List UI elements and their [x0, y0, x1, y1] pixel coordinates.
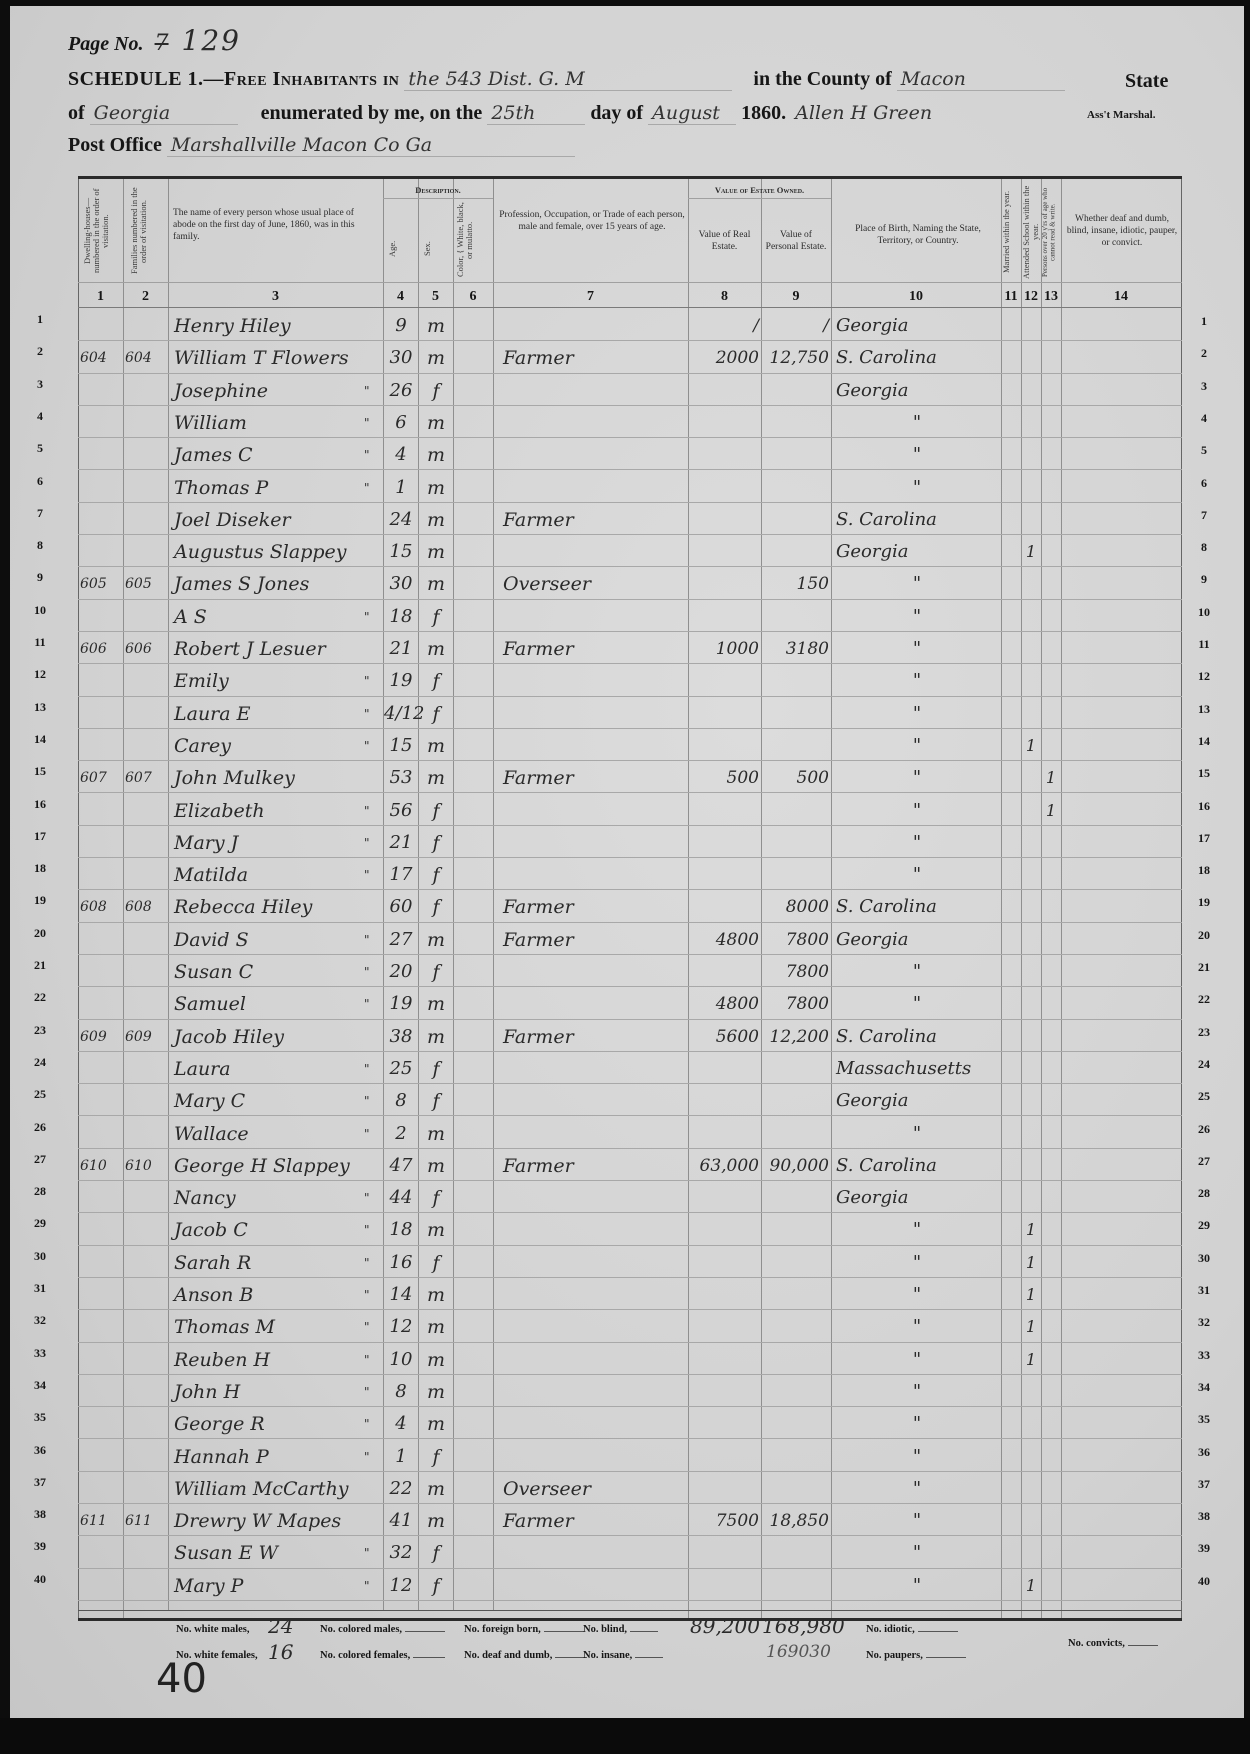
dwelling-number — [80, 957, 122, 987]
paupers-label: No. paupers, — [866, 1650, 966, 1661]
dwelling-number — [80, 1054, 122, 1084]
line-number-left: 18 — [30, 861, 50, 876]
married-mark — [1001, 892, 1021, 922]
occupation — [503, 828, 683, 858]
age: 41 — [384, 1506, 418, 1536]
dwelling-number — [80, 1086, 122, 1116]
illiterate-mark — [1041, 1248, 1061, 1278]
table-row: Jacob C"18m"1 — [78, 1213, 1182, 1245]
married-mark — [1001, 634, 1021, 664]
col-header-condition: Whether deaf and dumb, blind, insane, id… — [1066, 213, 1178, 249]
married-mark — [1001, 505, 1021, 535]
blind-label: No. blind, — [583, 1624, 658, 1635]
county-field: Macon — [897, 68, 1065, 91]
dwelling-number — [80, 1377, 122, 1407]
married-mark — [1001, 1377, 1021, 1407]
table-row: John H"8m" — [78, 1375, 1182, 1407]
line-number-right: 34 — [1192, 1380, 1216, 1395]
age: 32 — [384, 1538, 418, 1568]
family-number — [125, 473, 167, 503]
condition — [1064, 1280, 1178, 1310]
illiterate-mark — [1041, 343, 1061, 373]
sex: m — [419, 1506, 453, 1536]
occupation: Farmer — [503, 1151, 683, 1181]
table-row: David S"27mFarmer48007800Georgia — [78, 923, 1182, 955]
census-page: Page No. 7 129 SCHEDULE 1.—Free Inhabita… — [10, 6, 1244, 1746]
married-mark — [1001, 376, 1021, 406]
total-personal-estate-recalc: 169030 — [766, 1642, 831, 1662]
person-name: Wallace — [174, 1119, 364, 1149]
occupation — [503, 796, 683, 826]
personal-estate-value — [763, 537, 829, 567]
sex: f — [419, 666, 453, 696]
illiterate-mark — [1041, 1119, 1061, 1149]
birthplace: S. Carolina — [836, 1151, 998, 1181]
ditto-mark: " — [364, 1054, 380, 1084]
married-mark — [1001, 1119, 1021, 1149]
birthplace: " — [836, 989, 998, 1019]
sex: f — [419, 796, 453, 826]
real-estate-value — [690, 602, 759, 632]
family-number — [125, 828, 167, 858]
birthplace: " — [836, 1280, 998, 1310]
line-number-right: 24 — [1192, 1057, 1216, 1072]
married-mark — [1001, 666, 1021, 696]
birthplace: " — [836, 1312, 998, 1342]
table-row: Henry Hiley9m//Georgia — [78, 309, 1182, 341]
line-number-right: 2 — [1192, 346, 1216, 361]
occupation — [503, 408, 683, 438]
real-estate-value: 4800 — [690, 925, 759, 955]
occupation — [503, 1312, 683, 1342]
occupation — [503, 957, 683, 987]
illiterate-mark — [1041, 1022, 1061, 1052]
illiterate-mark — [1041, 1377, 1061, 1407]
school-mark: 1 — [1021, 537, 1041, 567]
table-row: William"6m" — [78, 406, 1182, 438]
table-row: Joel Diseker24mFarmerS. Carolina — [78, 503, 1182, 535]
dwelling-number — [80, 1345, 122, 1375]
age: 24 — [384, 505, 418, 535]
occupation — [503, 440, 683, 470]
married-mark — [1001, 1474, 1021, 1504]
person-name: Laura E — [174, 699, 364, 729]
scan-border-bottom — [0, 1718, 1250, 1754]
ditto-mark: " — [364, 699, 380, 729]
birthplace: S. Carolina — [836, 892, 998, 922]
personal-estate-value — [763, 1119, 829, 1149]
family-number: 608 — [125, 892, 167, 922]
dwelling-number — [80, 989, 122, 1019]
person-name: George H Slappey — [174, 1151, 364, 1181]
family-number — [125, 1345, 167, 1375]
person-name: Emily — [174, 666, 364, 696]
age: 20 — [384, 957, 418, 987]
dwelling-number — [80, 311, 122, 341]
ditto-mark: " — [364, 440, 380, 470]
person-name: William T Flowers — [174, 343, 364, 373]
line-number-right: 39 — [1192, 1541, 1216, 1556]
birthplace: Georgia — [836, 311, 998, 341]
dwelling-number: 610 — [80, 1151, 122, 1181]
dwelling-number — [80, 699, 122, 729]
schedule-line: SCHEDULE 1.—Free Inhabitants in the 543 … — [68, 68, 1065, 91]
illiterate-mark — [1041, 828, 1061, 858]
ditto-mark: " — [364, 1345, 380, 1375]
real-estate-value — [690, 1086, 759, 1116]
ditto-mark — [364, 311, 380, 341]
table-row: Carey"15m"1 — [78, 729, 1182, 761]
school-mark — [1021, 408, 1041, 438]
married-mark — [1001, 408, 1021, 438]
real-estate-value — [690, 860, 759, 890]
line-number-right: 5 — [1192, 443, 1216, 458]
person-name: John Mulkey — [174, 763, 364, 793]
school-mark — [1021, 989, 1041, 1019]
condition — [1064, 537, 1178, 567]
dwelling-number: 605 — [80, 569, 122, 599]
table-row: Josephine"26fGeorgia — [78, 374, 1182, 406]
table-row: George R"4m" — [78, 1407, 1182, 1439]
table-row: William McCarthy22mOverseer" — [78, 1472, 1182, 1504]
personal-estate-value: 500 — [763, 763, 829, 793]
school-mark — [1021, 1022, 1041, 1052]
illiterate-mark — [1041, 1538, 1061, 1568]
school-mark — [1021, 1054, 1041, 1084]
condition — [1064, 1442, 1178, 1472]
person-name: Anson B — [174, 1280, 364, 1310]
personal-estate-value — [763, 1183, 829, 1213]
age: 26 — [384, 376, 418, 406]
real-estate-value — [690, 699, 759, 729]
person-name: Thomas P — [174, 473, 364, 503]
married-mark — [1001, 1280, 1021, 1310]
personal-estate-value — [763, 1571, 829, 1601]
dwelling-number: 604 — [80, 343, 122, 373]
line-number-right: 33 — [1192, 1348, 1216, 1363]
line-number-right: 6 — [1192, 476, 1216, 491]
married-mark — [1001, 602, 1021, 632]
line-number-right: 18 — [1192, 863, 1216, 878]
occupation — [503, 1183, 683, 1213]
personal-estate-value: 8000 — [763, 892, 829, 922]
birthplace: " — [836, 957, 998, 987]
personal-estate-value: / — [763, 311, 829, 341]
col-num-5: 5 — [418, 289, 453, 305]
illiterate-mark — [1041, 602, 1061, 632]
real-estate-value — [690, 1345, 759, 1375]
condition — [1064, 1571, 1178, 1601]
person-name: Susan E W — [174, 1538, 364, 1568]
school-mark — [1021, 473, 1041, 503]
real-estate-value: 1000 — [690, 634, 759, 664]
ditto-mark: " — [364, 408, 380, 438]
dwelling-number: 609 — [80, 1022, 122, 1052]
handwritten-footer-mark: 40 — [156, 1656, 207, 1702]
ditto-mark: " — [364, 828, 380, 858]
personal-estate-value — [763, 1312, 829, 1342]
birthplace: " — [836, 731, 998, 761]
family-number — [125, 1054, 167, 1084]
line-number-right: 12 — [1192, 669, 1216, 684]
table-row: Susan C"20f7800" — [78, 955, 1182, 987]
dwelling-number — [80, 440, 122, 470]
illiterate-mark — [1041, 634, 1061, 664]
family-number — [125, 957, 167, 987]
age: 4 — [384, 1409, 418, 1439]
line-number-left: 30 — [30, 1249, 50, 1264]
personal-estate-value: 7800 — [763, 925, 829, 955]
real-estate-value — [690, 505, 759, 535]
family-number: 605 — [125, 569, 167, 599]
personal-estate-value — [763, 1054, 829, 1084]
line-number-right: 9 — [1192, 572, 1216, 587]
real-estate-value — [690, 1312, 759, 1342]
school-mark — [1021, 1409, 1041, 1439]
personal-estate-value — [763, 1442, 829, 1472]
school-mark: 1 — [1021, 1280, 1041, 1310]
personal-estate-value — [763, 1409, 829, 1439]
person-name: William — [174, 408, 364, 438]
age: 4/12 — [384, 699, 418, 729]
married-mark — [1001, 1215, 1021, 1245]
real-estate-value — [690, 1377, 759, 1407]
birthplace: " — [836, 473, 998, 503]
family-number — [125, 408, 167, 438]
age: 16 — [384, 1248, 418, 1278]
married-mark — [1001, 440, 1021, 470]
page-number: 129 — [182, 24, 241, 57]
sex: f — [419, 1442, 453, 1472]
sex: m — [419, 440, 453, 470]
idiotic-label: No. idiotic, — [866, 1624, 958, 1635]
person-name: Reuben H — [174, 1345, 364, 1375]
married-mark — [1001, 763, 1021, 793]
personal-estate-value — [763, 828, 829, 858]
school-mark — [1021, 860, 1041, 890]
year-label: 1860. — [741, 102, 786, 124]
birthplace: " — [836, 1538, 998, 1568]
illiterate-mark — [1041, 731, 1061, 761]
col-num-11: 11 — [1001, 289, 1021, 305]
post-office-line: Post Office Marshallville Macon Co Ga — [68, 134, 575, 157]
line-number-left: 13 — [30, 700, 50, 715]
person-name: Thomas M — [174, 1312, 364, 1342]
family-number — [125, 1474, 167, 1504]
family-number — [125, 1183, 167, 1213]
family-number: 606 — [125, 634, 167, 664]
personal-estate-value: 7800 — [763, 957, 829, 987]
birthplace: " — [836, 666, 998, 696]
occupation — [503, 1086, 683, 1116]
table-row: Augustus Slappey15mGeorgia1 — [78, 535, 1182, 567]
condition — [1064, 440, 1178, 470]
dwelling-number — [80, 1474, 122, 1504]
real-estate-value — [690, 1474, 759, 1504]
colored-females-label: No. colored females, — [320, 1650, 445, 1661]
school-mark — [1021, 1086, 1041, 1116]
person-name: Mary J — [174, 828, 364, 858]
dwelling-number — [80, 796, 122, 826]
illiterate-mark — [1041, 1506, 1061, 1536]
married-mark — [1001, 1506, 1021, 1536]
ditto-mark — [364, 1474, 380, 1504]
line-number-left: 20 — [30, 926, 50, 941]
school-mark: 1 — [1021, 1571, 1041, 1601]
line-number-left: 19 — [30, 893, 50, 908]
person-name: Drewry W Mapes — [174, 1506, 364, 1536]
schedule-label: SCHEDULE 1.—Free Inhabitants in — [68, 68, 399, 90]
occupation — [503, 731, 683, 761]
condition — [1064, 376, 1178, 406]
age: 6 — [384, 408, 418, 438]
condition — [1064, 1538, 1178, 1568]
real-estate-value — [690, 440, 759, 470]
line-number-right: 19 — [1192, 895, 1216, 910]
birthplace: Georgia — [836, 537, 998, 567]
illiterate-mark — [1041, 1474, 1061, 1504]
occupation — [503, 473, 683, 503]
age: 44 — [384, 1183, 418, 1213]
real-estate-value — [690, 1215, 759, 1245]
illiterate-mark — [1041, 473, 1061, 503]
dwelling-number — [80, 602, 122, 632]
sex: m — [419, 537, 453, 567]
birthplace: S. Carolina — [836, 505, 998, 535]
sex: m — [419, 1312, 453, 1342]
sex: m — [419, 731, 453, 761]
col-header-family: Families numbered in the order of visita… — [130, 185, 164, 277]
age: 30 — [384, 569, 418, 599]
married-mark — [1001, 1409, 1021, 1439]
married-mark — [1001, 731, 1021, 761]
insane-label: No. insane, — [583, 1650, 663, 1661]
ditto-mark: " — [364, 1183, 380, 1213]
birthplace: Georgia — [836, 925, 998, 955]
person-name: A S — [174, 602, 364, 632]
illiterate-mark — [1041, 699, 1061, 729]
family-number — [125, 602, 167, 632]
married-mark — [1001, 925, 1021, 955]
school-mark — [1021, 634, 1041, 664]
school-mark: 1 — [1021, 731, 1041, 761]
married-mark — [1001, 1022, 1021, 1052]
person-name: Mary C — [174, 1086, 364, 1116]
white-males-value: 24 — [268, 1614, 293, 1638]
occupation: Farmer — [503, 1506, 683, 1536]
sex: f — [419, 828, 453, 858]
dwelling-number: 607 — [80, 763, 122, 793]
col-num-8: 8 — [688, 289, 761, 305]
person-name: John H — [174, 1377, 364, 1407]
dwelling-number — [80, 1215, 122, 1245]
line-number-left: 6 — [30, 474, 50, 489]
sex: m — [419, 634, 453, 664]
person-name: Matilda — [174, 860, 364, 890]
personal-estate-value — [763, 1280, 829, 1310]
married-mark — [1001, 989, 1021, 1019]
dwelling-number — [80, 408, 122, 438]
condition — [1064, 1377, 1178, 1407]
occupation: Farmer — [503, 505, 683, 535]
line-number-left: 39 — [30, 1539, 50, 1554]
sex: f — [419, 602, 453, 632]
sex: m — [419, 473, 453, 503]
sex: m — [419, 1215, 453, 1245]
line-number-right: 23 — [1192, 1025, 1216, 1040]
table-row: A S"18f" — [78, 600, 1182, 632]
condition — [1064, 473, 1178, 503]
ditto-mark — [364, 1151, 380, 1181]
family-number — [125, 731, 167, 761]
person-name: James S Jones — [174, 569, 364, 599]
sex: m — [419, 1280, 453, 1310]
ditto-mark: " — [364, 1086, 380, 1116]
school-mark — [1021, 1151, 1041, 1181]
line-number-right: 29 — [1192, 1218, 1216, 1233]
age: 60 — [384, 892, 418, 922]
school-mark — [1021, 763, 1041, 793]
school-mark — [1021, 1119, 1041, 1149]
line-number-right: 11 — [1192, 637, 1216, 652]
condition — [1064, 828, 1178, 858]
sex: m — [419, 1151, 453, 1181]
col-num-7: 7 — [493, 289, 688, 305]
age: 8 — [384, 1086, 418, 1116]
of-label: of — [68, 102, 85, 124]
real-estate-value — [690, 1054, 759, 1084]
illiterate-mark — [1041, 1183, 1061, 1213]
census-table: Dwelling-houses— numbered in the order o… — [78, 176, 1182, 1621]
ditto-mark: " — [364, 860, 380, 890]
occupation — [503, 602, 683, 632]
line-number-right: 36 — [1192, 1445, 1216, 1460]
sex: m — [419, 925, 453, 955]
school-mark — [1021, 1474, 1041, 1504]
family-number: 610 — [125, 1151, 167, 1181]
col-header-sex: Sex. — [423, 219, 449, 279]
school-mark — [1021, 311, 1041, 341]
married-mark — [1001, 537, 1021, 567]
ditto-mark: " — [364, 989, 380, 1019]
person-name: Carey — [174, 731, 364, 761]
personal-estate-value: 18,850 — [763, 1506, 829, 1536]
personal-estate-value — [763, 796, 829, 826]
sex: m — [419, 569, 453, 599]
dwelling-number — [80, 537, 122, 567]
day-of-label: day of — [590, 102, 643, 124]
person-name: Hannah P — [174, 1442, 364, 1472]
family-number — [125, 1442, 167, 1472]
line-number-right: 40 — [1192, 1574, 1216, 1589]
age: 14 — [384, 1280, 418, 1310]
person-name: Elizabeth — [174, 796, 364, 826]
real-estate-value — [690, 569, 759, 599]
illiterate-mark — [1041, 376, 1061, 406]
line-number-right: 21 — [1192, 960, 1216, 975]
birthplace: " — [836, 1377, 998, 1407]
dwelling-number — [80, 828, 122, 858]
dwelling-number: 606 — [80, 634, 122, 664]
condition — [1064, 796, 1178, 826]
occupation: Farmer — [503, 892, 683, 922]
ditto-mark — [364, 892, 380, 922]
married-mark — [1001, 1312, 1021, 1342]
condition — [1064, 1054, 1178, 1084]
personal-estate-value — [763, 1377, 829, 1407]
colored-males-label: No. colored males, — [320, 1624, 445, 1635]
dwelling-number — [80, 666, 122, 696]
